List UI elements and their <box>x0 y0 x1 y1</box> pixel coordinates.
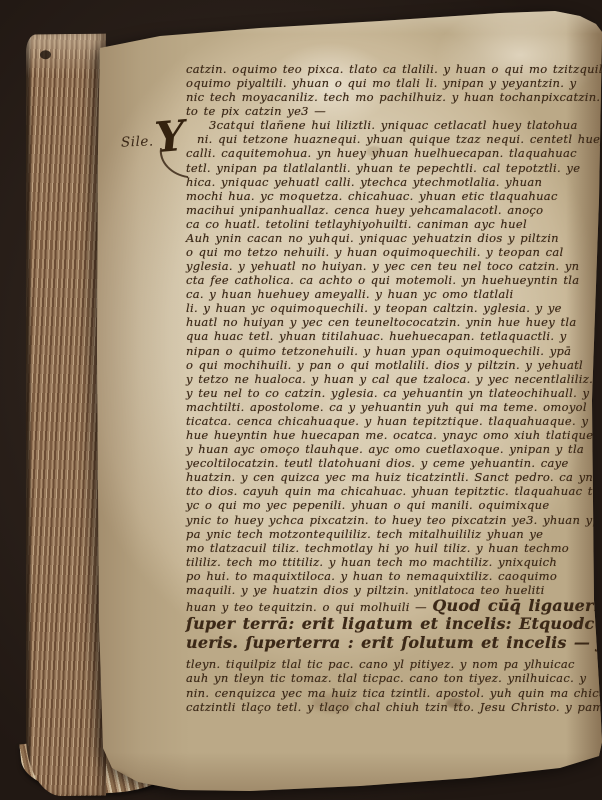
text-line: y huan ayc omoço tlauhque. ayc omo cuetl… <box>186 442 602 456</box>
text-line: nin. cenquizca yec ma huiz tica tzintli.… <box>186 686 602 700</box>
text-line: huatzin. y cen quizca yec ma huiz ticatz… <box>186 470 602 484</box>
text-line: machtilti. apostolome. ca y yehuantin yu… <box>186 400 602 414</box>
text-line: macihui ynipanhuallaz. cenca huey yehcam… <box>186 203 602 217</box>
stain <box>94 772 128 787</box>
text-line: tililiz. tech mo ttitiliz. y huan tech m… <box>186 555 602 569</box>
text-line: mochi hua. yc moquetza. chicahuac. yhuan… <box>186 189 602 203</box>
manuscript-photo: Sile. Y catzin. oquimo teo pixca. tlato … <box>0 0 602 800</box>
text-line: ca. y huan huehuey ameyalli. y huan yc o… <box>186 287 602 301</box>
text-line: ticatca. cenca chicahuaque. y huan tepit… <box>186 414 602 428</box>
text-line: 3catqui tlañene hui liliztli. yniquac ce… <box>186 118 602 132</box>
text-line: hue hueyntin hue huecapan me. ocatca. yn… <box>186 428 602 442</box>
text-line: Auh ynin cacan no yuhqui. yniquac yehuat… <box>186 231 602 245</box>
text-line: catzin. oquimo teo pixca. tlato ca tlali… <box>186 62 602 76</box>
margin-note: Sile. <box>121 133 154 150</box>
manuscript-page: Sile. Y catzin. oquimo teo pixca. tlato … <box>0 0 602 800</box>
text-line: o qui mochihuili. y pan o qui motlalili.… <box>186 358 602 372</box>
text-line: hica. yniquac yehuatl calli. ytechca yte… <box>186 175 602 189</box>
text-line: li. y huan yc oquimoquechili. y teopan c… <box>186 301 602 315</box>
text-line: nic tech moyacaniliz. tech mo pachilhuiz… <box>186 90 602 104</box>
text-line: huan y teo tequitzin. o qui molhuili — Q… <box>186 597 602 614</box>
latin-quote-line: ueris. ſuperterra : erit ſolutum et ince… <box>186 633 602 652</box>
page-wrap: Sile. Y catzin. oquimo teo pixca. tlato … <box>0 0 602 800</box>
text-line: catzintli tlaço tetl. y tlaço chal chiuh… <box>186 700 602 714</box>
text-line: to te pix catzin ye3 — <box>186 104 602 118</box>
text-line: yglesia. y yehuatl no huiyan. y yec cen … <box>186 259 602 273</box>
text-line: ni. qui tetzone huaznequi. yhuan quique … <box>186 132 602 146</box>
text-line: calli. caquitemohua. yn huey yhuan huelh… <box>186 146 602 160</box>
text-line: qua huac tetl. yhuan titilahuac. huehuec… <box>186 329 602 343</box>
text-line: yecoltilocatzin. teutl tlatohuani dios. … <box>186 456 602 470</box>
text-line: ynic to huey ychca pixcatzin. to huey te… <box>186 513 602 527</box>
text-line: yc o qui mo yec pepenili. yhuan o qui ma… <box>186 498 602 512</box>
text-line: tto dios. cayuh quin ma chicahuac. yhuan… <box>186 484 602 498</box>
latin-quote-start: Quod cūq̄ ligaueris <box>432 596 602 615</box>
latin-quote-line: ſuper terrā: erit ligatum et incelis: Et… <box>186 614 602 633</box>
text-block: catzin. oquimo teo pixca. tlato ca tlali… <box>186 62 602 714</box>
text-line: po hui. to maquixtiloca. y huan to nemaq… <box>186 569 602 583</box>
text-line: cta fee catholica. ca achto o qui motemo… <box>186 273 602 287</box>
text-line: huatl no huiyan y yec cen teuneltococatz… <box>186 315 602 329</box>
text-line: auh yn tleyn tic tomaz. tlal ticpac. can… <box>186 671 602 685</box>
text-line: oquimo piyaltili. yhuan o qui mo tlali l… <box>186 76 602 90</box>
text-line: pa ynic tech motzontequililiz. tech mita… <box>186 527 602 541</box>
text-line: y tetzo ne hualoca. y huan y cal que tza… <box>186 372 602 386</box>
text-line: o qui mo tetzo nehuili. y huan oquimoque… <box>186 245 602 259</box>
text-line: maquili. y ye huatzin dios y piltzin. yn… <box>186 583 602 597</box>
text-line: y teu nel to co catzin. yglesia. ca yehu… <box>186 386 602 400</box>
text-line-prefix: huan y teo tequitzin. o qui molhuili — <box>186 600 432 614</box>
text-line: tetl. ynipan pa tlatlalantli. yhuan te p… <box>186 161 602 175</box>
text-line: ca co huatl. tetolini tetlayhiyohuilti. … <box>186 217 602 231</box>
text-line: mo tlatzacuil tiliz. techmotlay hi yo hu… <box>186 541 602 555</box>
text-line: nipan o quimo tetzonehuili. y huan ypan … <box>186 344 602 358</box>
text-line: tleyn. tiquilpiz tlal tic pac. cano yl p… <box>186 657 602 671</box>
